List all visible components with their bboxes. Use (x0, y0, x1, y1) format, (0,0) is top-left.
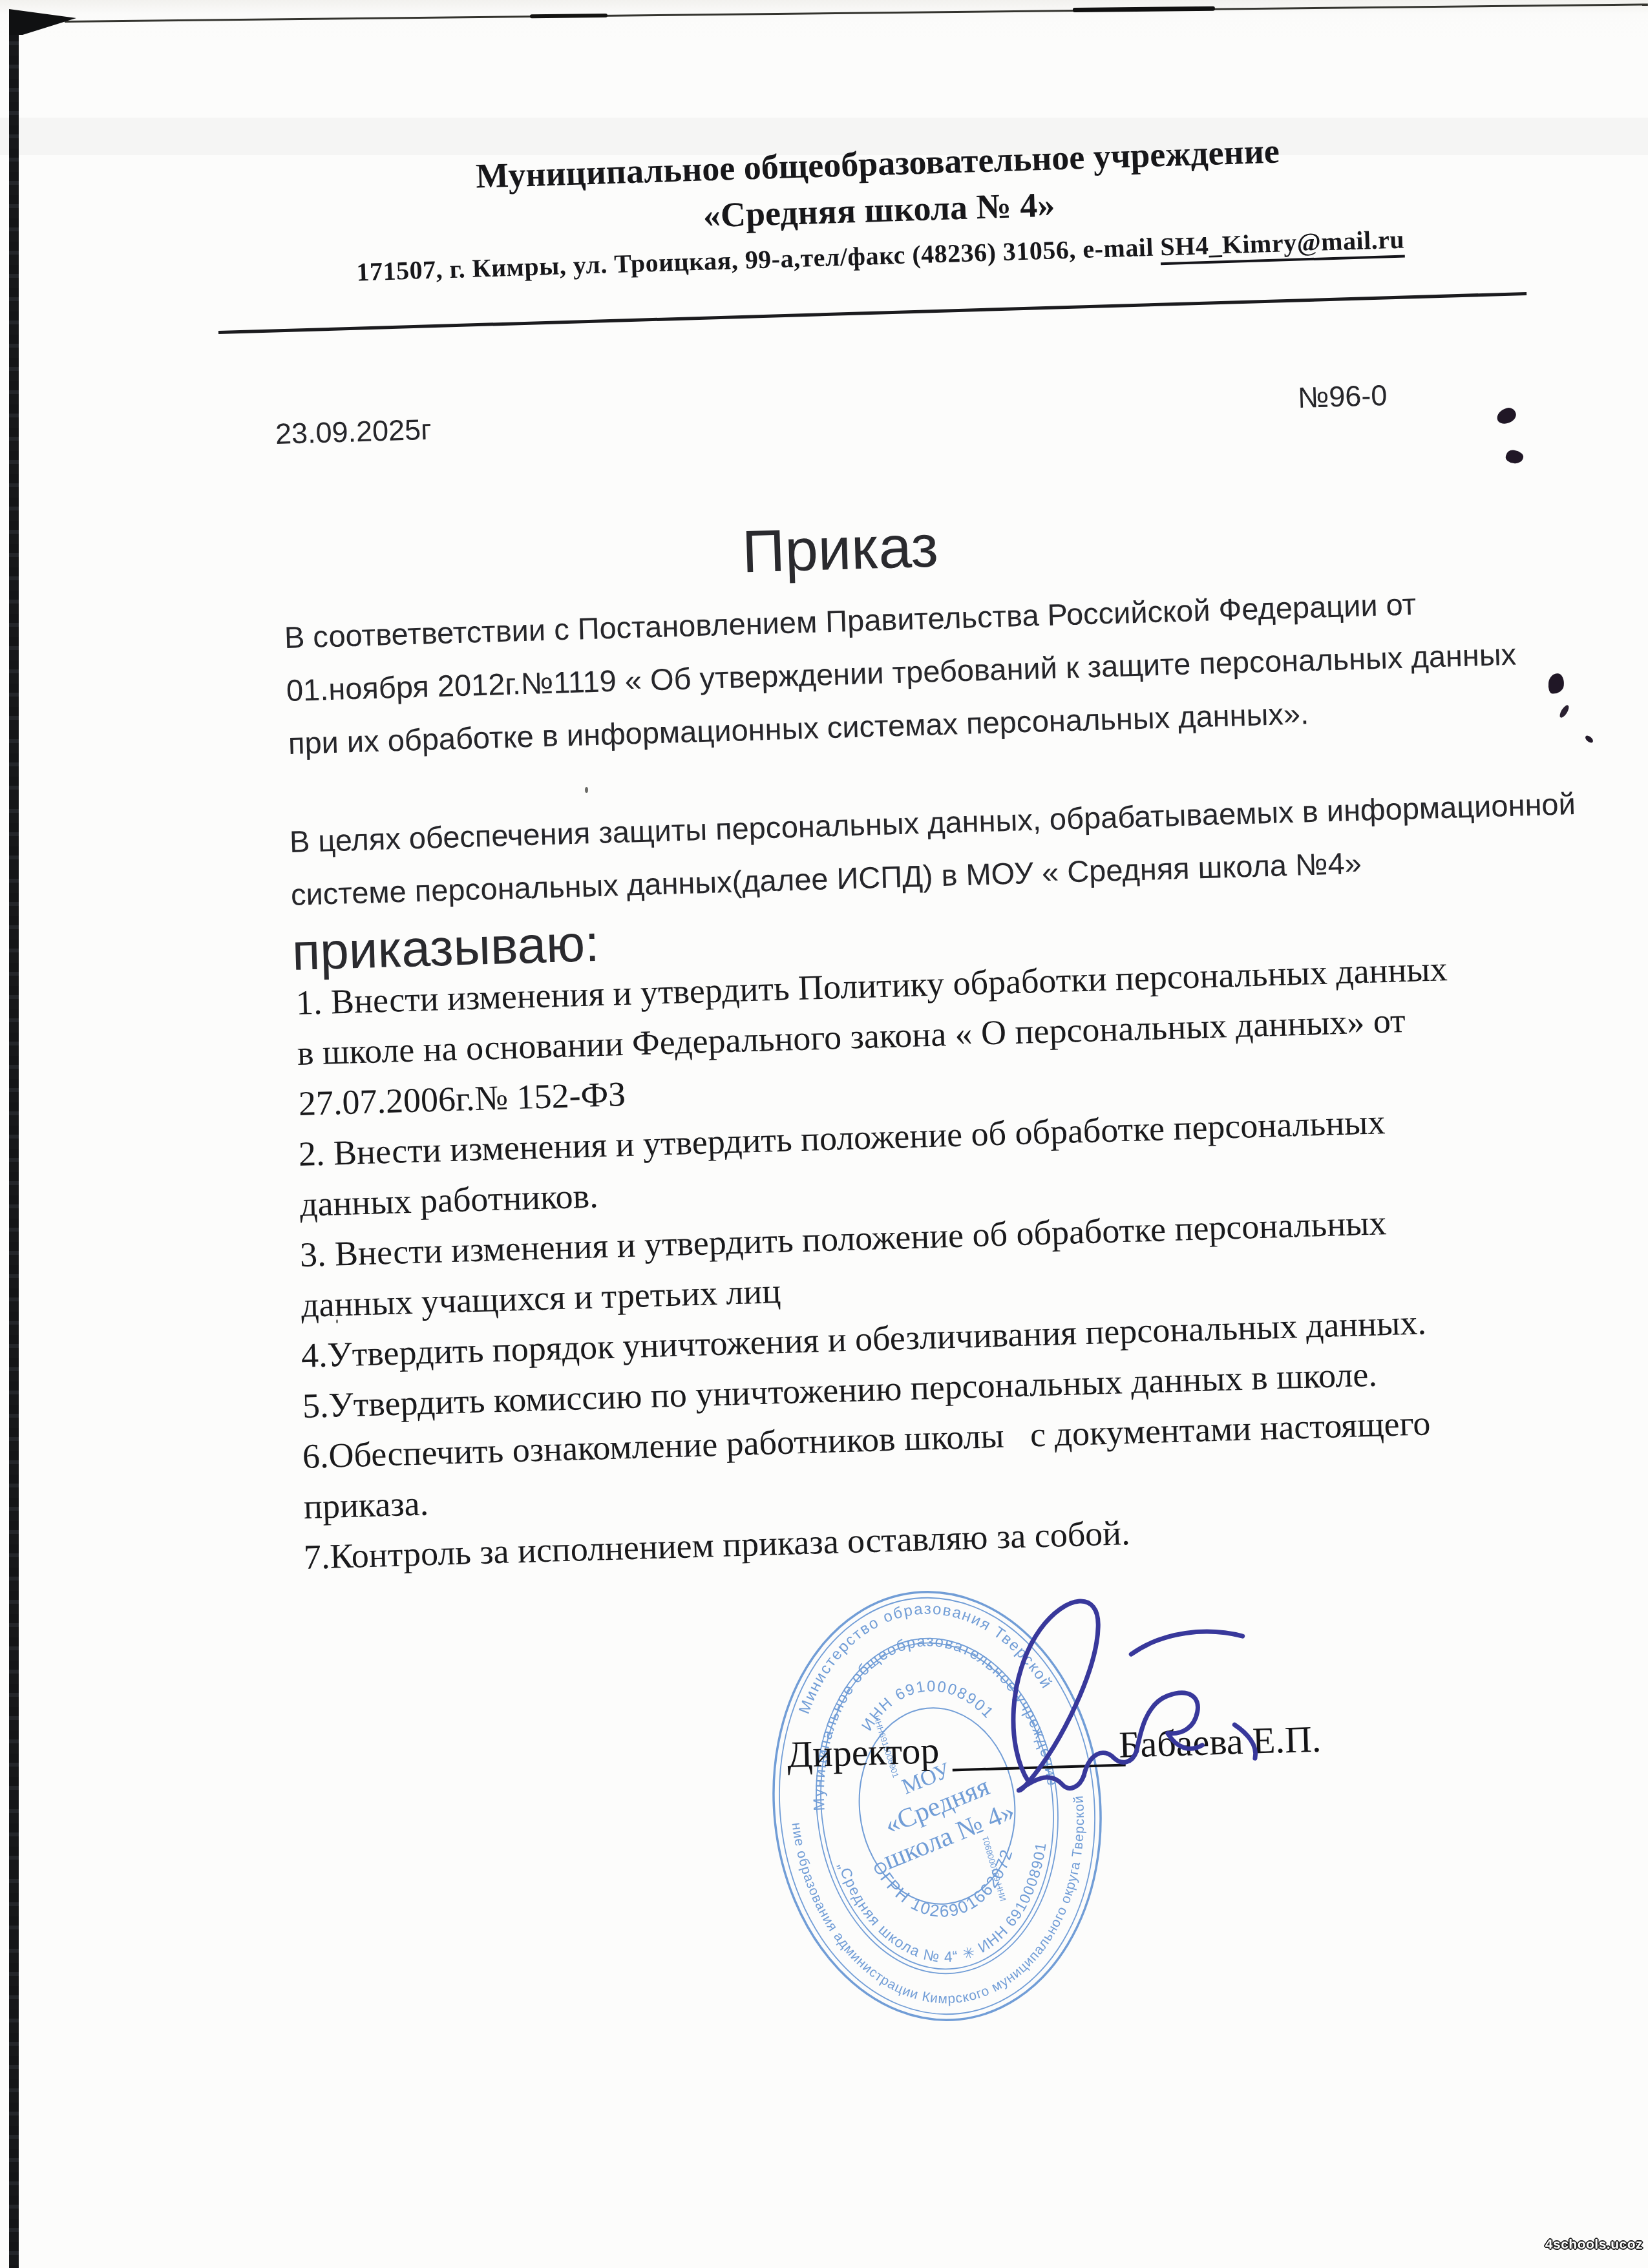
ink-mark (1584, 734, 1594, 744)
ink-mark (1505, 449, 1525, 465)
document-date: 23.09.2025г (275, 414, 432, 449)
purpose-line: системе персональных данных(далее ИСПД) … (290, 847, 1362, 910)
handwritten-signature (940, 1556, 1341, 1831)
order-item-line: данных учащихся и третьих лиц (301, 1273, 781, 1324)
order-item-line: 27.07.2006г.№ 152-ФЗ (298, 1076, 626, 1122)
ink-mark (1547, 673, 1565, 695)
scan-edge-line (65, 3, 1648, 23)
order-item-line: данных работников. (299, 1177, 598, 1223)
scan-left-border (9, 32, 19, 2268)
preamble-line: В соответветствии с Постановлением Прави… (284, 588, 1417, 653)
dust-speck (585, 787, 588, 793)
page-title: Приказ (193, 496, 1487, 602)
site-watermark: 4schools.ucoz (1545, 2237, 1643, 2252)
ink-mark (1495, 406, 1518, 426)
signer-role: Директор (787, 1729, 940, 1776)
order-item-line: приказа. (303, 1485, 429, 1525)
document-number: №96-0 (1297, 380, 1388, 413)
letterhead-rule (218, 292, 1527, 334)
preamble-line: при их обработке в информационных систем… (288, 697, 1309, 759)
ink-mark (1558, 704, 1570, 719)
scanned-document-page: Муниципальное общеобразовательное учрежд… (0, 0, 1648, 2268)
scan-edge-blob (1073, 6, 1215, 12)
order-keyword: приказываю: (291, 916, 600, 980)
scan-edge-blob (530, 14, 607, 18)
purpose-line: В целях обеспечения защиты персональных … (289, 788, 1576, 857)
email-text: SH4_Kimry@mail.ru (1160, 224, 1405, 265)
